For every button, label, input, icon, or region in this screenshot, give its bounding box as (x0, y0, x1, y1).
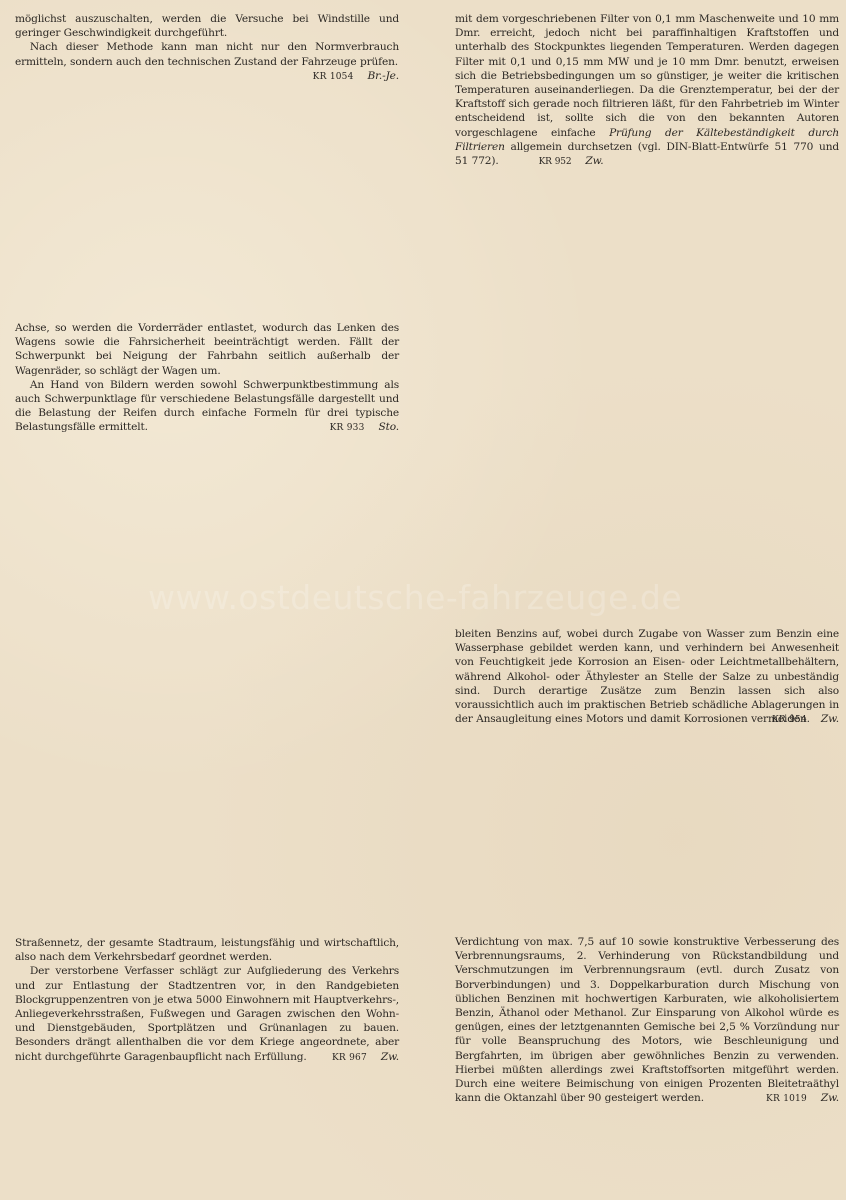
paragraph: Verdichtung von max. 7,5 auf 10 sowie ko… (455, 935, 839, 1105)
reference-code: KR 1054 (313, 72, 354, 82)
reference-code: KR 1019 (766, 1094, 807, 1104)
paragraph: möglichst auszuschalten, werden die Vers… (15, 12, 399, 40)
abstract-kr-1054: möglichst auszuschalten, werden die Vers… (15, 12, 399, 84)
author-initials: Zw. (381, 1051, 399, 1063)
paragraph: Der verstorbene Verfasser schlägt zur Au… (15, 964, 399, 1063)
reference-code: KR 954 (772, 715, 807, 725)
abstract-kr-967: Straßennetz, der gesamte Stadtraum, leis… (15, 936, 399, 1065)
abstract-kr-933: Achse, so werden die Vorderräder entlast… (15, 321, 399, 436)
reference-code: KR 933 (330, 423, 365, 433)
paragraph: Straßennetz, der gesamte Stadtraum, leis… (15, 936, 399, 964)
author-initials: Zw. (821, 713, 839, 725)
abstract-kr-952: mit dem vorgeschriebenen Filter von 0,1 … (455, 12, 839, 169)
paragraph-text: mit dem vorgeschriebenen Filter von 0,1 … (455, 13, 839, 139)
reference-code: KR 967 (332, 1053, 367, 1063)
abstract-kr-954: bleiten Benzins auf, wobei durch Zugabe … (455, 627, 839, 727)
paragraph: Achse, so werden die Vorderräder entlast… (15, 321, 399, 378)
author-initials: Zw. (585, 155, 603, 167)
watermark-text: www.ostdeutsche-fahrzeuge.de (148, 578, 708, 617)
reference-line: KR 1054Br.-Je. (15, 69, 399, 84)
paragraph-text: allgemein durchsetzen (vgl. DIN-Blatt-En… (455, 141, 839, 167)
author-initials: Br.-Je. (368, 70, 399, 82)
reference-code: KR 952 (539, 157, 572, 167)
author-initials: Zw. (821, 1092, 839, 1104)
abstract-kr-1019: Verdichtung von max. 7,5 auf 10 sowie ko… (455, 935, 839, 1106)
paragraph: mit dem vorgeschriebenen Filter von 0,1 … (455, 12, 839, 169)
author-initials: Sto. (379, 421, 399, 433)
paragraph: Nach dieser Methode kann man nicht nur d… (15, 40, 399, 68)
